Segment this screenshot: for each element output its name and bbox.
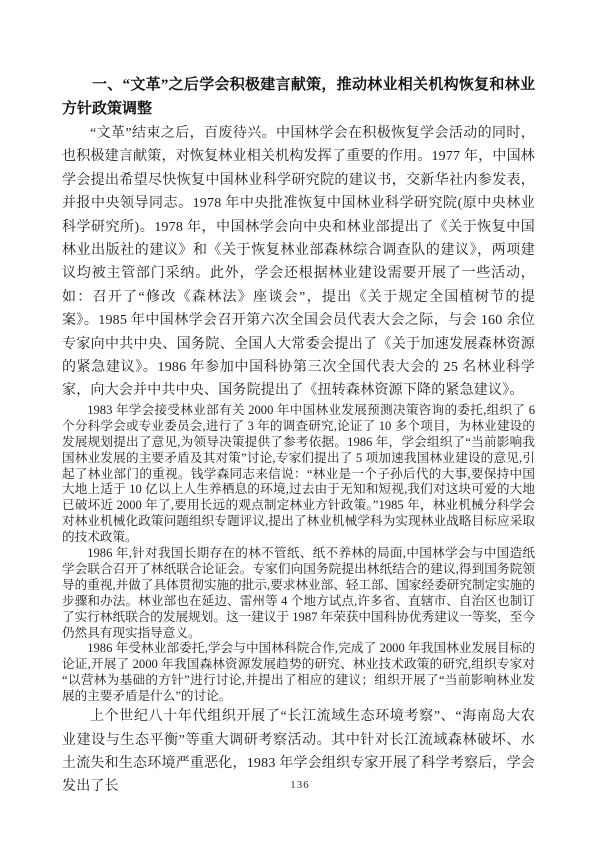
paragraph-1: “文革”结束之后，百废待兴。中国林学会在积极恢复学会活动的同时，也积极建言献策，… [62, 122, 535, 403]
page-content: 一、“文革”之后学会积极建言献策，推动林业相关机构恢复和林业方针政策调整 “文革… [62, 73, 535, 799]
document-page: 一、“文革”之后学会积极建言献策，推动林业相关机构恢复和林业方针政策调整 “文革… [0, 0, 600, 848]
paragraph-4: 1986 年受林业部委托,学会与中国林科院合作,完成了 2000 年我国林业发展… [62, 641, 535, 705]
paragraph-2: 1983 年学会接受林业部有关 2000 年中国林业发展预测决策咨询的委托,组织… [62, 403, 535, 546]
page-number: 136 [0, 779, 600, 791]
paragraph-3: 1986 年,针对我国长期存在的林不管纸、纸不养林的局面,中国林学会与中国造纸学… [62, 546, 535, 641]
section-heading: 一、“文革”之后学会积极建言献策，推动林业相关机构恢复和林业方针政策调整 [62, 73, 535, 121]
